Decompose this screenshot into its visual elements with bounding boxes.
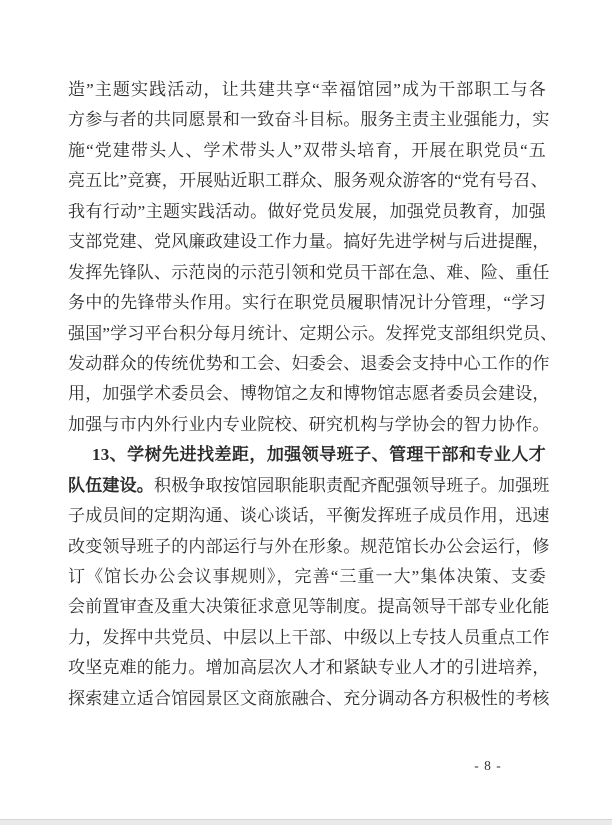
text-segment: 方参与者的共同愿景和一致奋斗目标。服务主责主业强能力，实: [68, 110, 550, 129]
page-number: - 8 -: [452, 758, 524, 774]
text-segment: 改变领导班子的内部运行与外在形象。规范馆长办公会运行，修: [68, 537, 550, 556]
text-segment: 造”主题实践活动，让共建共享“幸福馆园”成为干部职工与各: [68, 80, 546, 99]
text-segment: 支部党建、党风廉政建设工作力量。搞好先进学树与后进提醒，: [68, 232, 550, 251]
bold-text-segment: 队伍建设。: [68, 476, 154, 495]
text-line: 力，发挥中共党员、中层以上干部、中级以上专技人员重点工作: [68, 623, 546, 653]
text-line: 亮五比”竞赛，开展贴近职工群众、服务观众游客的“党有号召、: [68, 166, 546, 196]
text-segment: 用，加强学术委员会、博物馆之友和博物馆志愿者委员会建设，: [68, 384, 550, 403]
text-line: 我有行动”主题实践活动。做好党员发展，加强党员教育，加强: [68, 197, 546, 227]
text-line: 方参与者的共同愿景和一致奋斗目标。服务主责主业强能力，实: [68, 105, 546, 135]
text-line: 会前置审查及重大决策征求意见等制度。提高领导干部专业化能: [68, 592, 546, 622]
text-segment: 子成员间的定期沟通、谈心谈话，平衡发挥班子成员作用，迅速: [68, 506, 550, 525]
text-segment: 攻坚克难的能力。增加高层次人才和紧缺专业人才的引进培养，: [68, 658, 550, 677]
text-line: 施“党建带头人、学术带头人”双带头培育，开展在职党员“五: [68, 136, 546, 166]
text-line: 强国”学习平台积分每月统计、定期公示。发挥党支部组织党员、: [68, 319, 546, 349]
text-line: 支部党建、党风廉政建设工作力量。搞好先进学树与后进提醒，: [68, 227, 546, 257]
text-line: 加强与市内外行业内专业院校、研究机构与学协会的智力协作。: [68, 410, 546, 440]
document-page: 造”主题实践活动，让共建共享“幸福馆园”成为干部职工与各方参与者的共同愿景和一致…: [0, 0, 612, 825]
text-segment: 会前置审查及重大决策征求意见等制度。提高领导干部专业化能: [68, 597, 550, 616]
document-body: 造”主题实践活动，让共建共享“幸福馆园”成为干部职工与各方参与者的共同愿景和一致…: [68, 75, 546, 714]
text-line: 攻坚克难的能力。增加高层次人才和紧缺专业人才的引进培养，: [68, 653, 546, 683]
bottom-edge-strip: [0, 819, 612, 825]
bold-text-segment: 13、学树先进找差距，加强领导班子、管理干部和专业人才: [92, 445, 546, 464]
text-segment: 务中的先锋带头作用。实行在职党员履职情况计分管理，“学习: [68, 293, 546, 312]
text-segment: 探索建立适合馆园景区文商旅融合、充分调动各方积极性的考核: [68, 689, 550, 708]
text-line: 发动群众的传统优势和工会、妇委会、退委会支持中心工作的作: [68, 349, 546, 379]
text-segment: 积极争取按馆园职能职责配齐配强领导班子。加强班: [154, 476, 550, 495]
text-segment: 订《馆长办公会议事规则》，完善“三重一大”集体决策、支委: [68, 567, 546, 586]
text-line: 发挥先锋队、示范岗的示范引领和党员干部在急、难、险、重任: [68, 258, 546, 288]
text-line: 造”主题实践活动，让共建共享“幸福馆园”成为干部职工与各: [68, 75, 546, 105]
text-segment: 施“党建带头人、学术带头人”双带头培育，开展在职党员“五: [68, 141, 546, 160]
text-line: 13、学树先进找差距，加强领导班子、管理干部和专业人才: [68, 440, 546, 470]
text-line: 订《馆长办公会议事规则》，完善“三重一大”集体决策、支委: [68, 562, 546, 592]
text-segment: 力，发挥中共党员、中层以上干部、中级以上专技人员重点工作: [68, 628, 550, 647]
text-line: 队伍建设。积极争取按馆园职能职责配齐配强领导班子。加强班: [68, 471, 546, 501]
text-line: 用，加强学术委员会、博物馆之友和博物馆志愿者委员会建设，: [68, 379, 546, 409]
text-segment: 强国”学习平台积分每月统计、定期公示。发挥党支部组织党员、: [68, 324, 557, 343]
text-segment: 发挥先锋队、示范岗的示范引领和党员干部在急、难、险、重任: [68, 263, 550, 282]
text-line: 子成员间的定期沟通、谈心谈话，平衡发挥班子成员作用，迅速: [68, 501, 546, 531]
text-segment: 亮五比”竞赛，开展贴近职工群众、服务观众游客的“党有号召、: [68, 171, 548, 190]
text-segment: 我有行动”主题实践活动。做好党员发展，加强党员教育，加强: [68, 202, 546, 221]
text-line: 探索建立适合馆园景区文商旅融合、充分调动各方积极性的考核: [68, 684, 546, 714]
text-segment: 加强与市内外行业内专业院校、研究机构与学协会的智力协作。: [68, 415, 550, 434]
text-line: 务中的先锋带头作用。实行在职党员履职情况计分管理，“学习: [68, 288, 546, 318]
text-segment: 发动群众的传统优势和工会、妇委会、退委会支持中心工作的作: [68, 354, 550, 373]
text-line: 改变领导班子的内部运行与外在形象。规范馆长办公会运行，修: [68, 532, 546, 562]
